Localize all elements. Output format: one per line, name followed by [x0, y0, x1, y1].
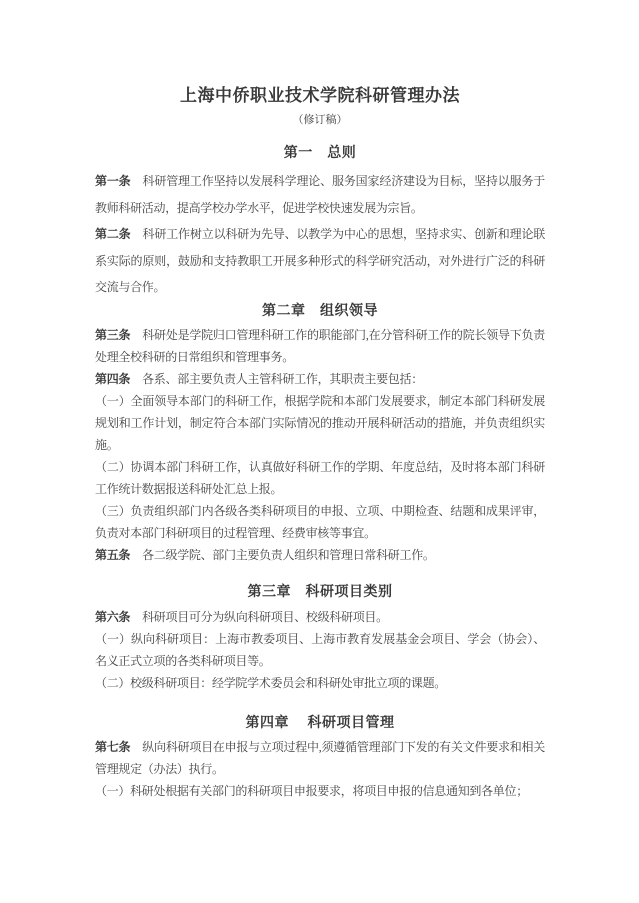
list-item-text-4: （一）纵向科研项目：上海市教委项目、上海市教育发展基金会项目、学会（协会）、名义… — [95, 632, 545, 668]
article-label-6: 第六条 — [95, 610, 130, 624]
article-label-3: 第三条 — [95, 328, 130, 342]
article-label-4: 第四条 — [95, 372, 130, 386]
list-item-paragraph-5: （二）校级科研项目：经学院学术委员会和科研处审批立项的课题。 — [95, 672, 545, 694]
article-label-1: 第一条 — [95, 174, 131, 188]
article-paragraph-5: 第五条各二级学院、部门主要负责人组织和管理日常科研工作。 — [95, 544, 545, 566]
list-item-text-1: （一）全面领导本部门的科研工作，根据学院和本部门发展要求，制定本部门科研发展规划… — [95, 394, 545, 452]
article-text-5: 各二级学院、部门主要负责人组织和管理日常科研工作。 — [142, 548, 435, 562]
list-item-paragraph-4: （一）纵向科研项目：上海市教委项目、上海市教育发展基金会项目、学会（协会）、名义… — [95, 628, 545, 672]
document-page: 上海中侨职业技术学院科研管理办法 （修订稿） 第一 总则 第一条科研管理工作坚持… — [0, 0, 639, 903]
list-item-text-6: （一）科研处根据有关部门的科研项目申报要求，将项目申报的信息通知到各单位； — [95, 784, 528, 798]
list-item-text-2: （二）协调本部门科研工作，认真做好科研工作的学期、年度总结，及时将本部门科研工作… — [95, 460, 545, 496]
list-item-paragraph-1: （一）全面领导本部门的科研工作，根据学院和本部门发展要求，制定本部门科研发展规划… — [95, 390, 545, 456]
article-text-4: 各系、部主要负责人主管科研工作，其职责主要包括： — [142, 372, 423, 386]
list-item-paragraph-2: （二）协调本部门科研工作，认真做好科研工作的学期、年度总结，及时将本部门科研工作… — [95, 456, 545, 500]
article-text-3: 科研处是学院归口管理科研工作的职能部门,在分管科研工作的院长领导下负责处理全校科… — [95, 328, 545, 364]
chapter-heading-3: 第三章 科研项目类别 — [95, 582, 545, 604]
article-paragraph-6: 第六条科研项目可分为纵向科研项目、校级科研项目。 — [95, 606, 545, 628]
chapter-heading-1: 第一 总则 — [95, 144, 545, 164]
list-item-text-3: （三）负责组织部门内各级各类科研项目的申报、立项、中期检查、结题和成果评审，负责… — [95, 504, 545, 540]
list-item-paragraph-3: （三）负责组织部门内各级各类科研项目的申报、立项、中期检查、结题和成果评审，负责… — [95, 500, 545, 544]
document-subtitle: （修订稿） — [95, 113, 545, 128]
article-text-1: 科研管理工作坚持以发展科学理论、服务国家经济建设为目标，坚持以服务于教师科研活动… — [95, 174, 545, 215]
chapter-heading-4: 第四章 科研项目管理 — [95, 713, 545, 735]
article-paragraph-1: 第一条科研管理工作坚持以发展科学理论、服务国家经济建设为目标，坚持以服务于教师科… — [95, 168, 545, 221]
document-title: 上海中侨职业技术学院科研管理办法 — [95, 84, 545, 107]
list-item-text-5: （二）校级科研项目：经学院学术委员会和科研处审批立项的课题。 — [95, 676, 446, 690]
article-text-6: 科研项目可分为纵向科研项目、校级科研项目。 — [142, 610, 388, 624]
article-paragraph-4: 第四条各系、部主要负责人主管科研工作，其职责主要包括： — [95, 368, 545, 390]
article-text-7: 纵向科研项目在申报与立项过程中,须遵循管理部门下发的有关文件要求和相关管理规定（… — [95, 740, 545, 776]
article-text-2: 科研工作树立以科研为先导、以教学为中心的思想，坚持求实、创新和理论联系实际的原则… — [95, 227, 545, 294]
article-label-7: 第七条 — [95, 740, 130, 754]
article-paragraph-3: 第三条科研处是学院归口管理科研工作的职能部门,在分管科研工作的院长领导下负责处理… — [95, 324, 545, 368]
article-label-2: 第二条 — [95, 227, 131, 241]
chapter-heading-2: 第二章 组织领导 — [95, 301, 545, 323]
article-paragraph-2: 第二条科研工作树立以科研为先导、以教学为中心的思想，坚持求实、创新和理论联系实际… — [95, 221, 545, 301]
article-paragraph-7: 第七条纵向科研项目在申报与立项过程中,须遵循管理部门下发的有关文件要求和相关管理… — [95, 736, 545, 780]
list-item-paragraph-6: （一）科研处根据有关部门的科研项目申报要求，将项目申报的信息通知到各单位； — [95, 780, 545, 802]
article-label-5: 第五条 — [95, 548, 130, 562]
